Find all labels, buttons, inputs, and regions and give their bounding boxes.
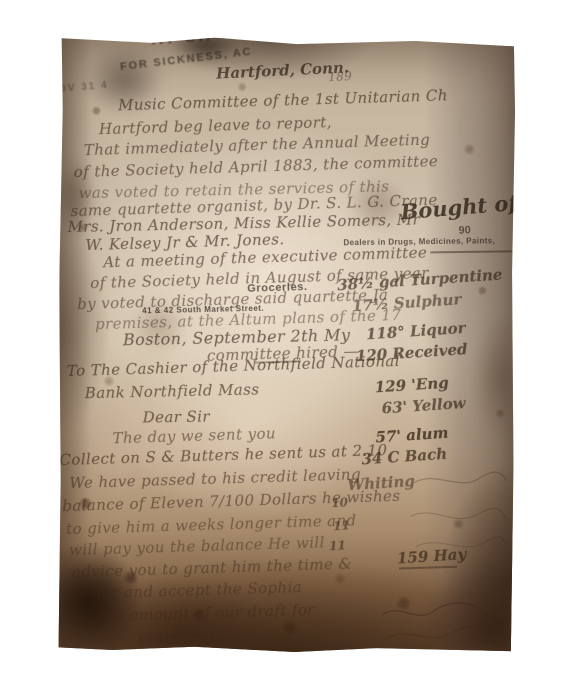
ledger-ditto: 11 [333,518,351,533]
invoice-number: 90 [458,224,471,236]
handwriting-line: We have passed to his credit leaving [69,465,361,492]
antique-letter-print: OV 31 4 AT SH FOR SICKNESS, AC Hartford,… [58,37,516,653]
handwriting-line: Bank Northfield Mass [85,380,260,402]
dateline-year: 189 [328,69,353,84]
handwriting-line: Yours truly [135,628,223,649]
handwriting-line: The day we sent you [112,424,276,447]
ledger-entry: 63' Yellow [381,394,466,417]
ink-rule [430,250,514,253]
stamp-top-fragment: AT SH [151,27,214,49]
product-photo: OV 31 4 AT SH FOR SICKNESS, AC Hartford,… [0,0,580,693]
handwriting-line: Collect on S & Butters he sent us at 2.1… [59,441,387,469]
handwriting-line: To The Cashier of the Northfield Nationa… [67,352,401,380]
handwriting-line: the amount of our draft for [99,601,316,626]
ledger-entry: 57' alum [375,424,449,447]
ink-rule [399,566,457,570]
ledger-entry: 120 Received [355,340,468,365]
ledger-ditto: 10 [331,495,349,510]
ledger-ditto: 11 [329,538,347,553]
handwriting-line: advice you to grant him the time & [72,555,353,582]
handwriting-line: Dear Sir [143,407,210,426]
ink-flourish [408,469,508,559]
handwriting-line: Music Committee of the 1st Unitarian Ch [118,86,448,114]
ledger-entry: Whiting [347,472,416,494]
handwriting-line: will pay you the balance He will [69,533,325,559]
handwriting-line: for and accept the Sophia [96,578,303,602]
ink-flourish [378,593,513,654]
ledger-entry: 129 'Eng [374,374,449,397]
stamp-left-fragment: OV 31 4 [58,80,109,95]
